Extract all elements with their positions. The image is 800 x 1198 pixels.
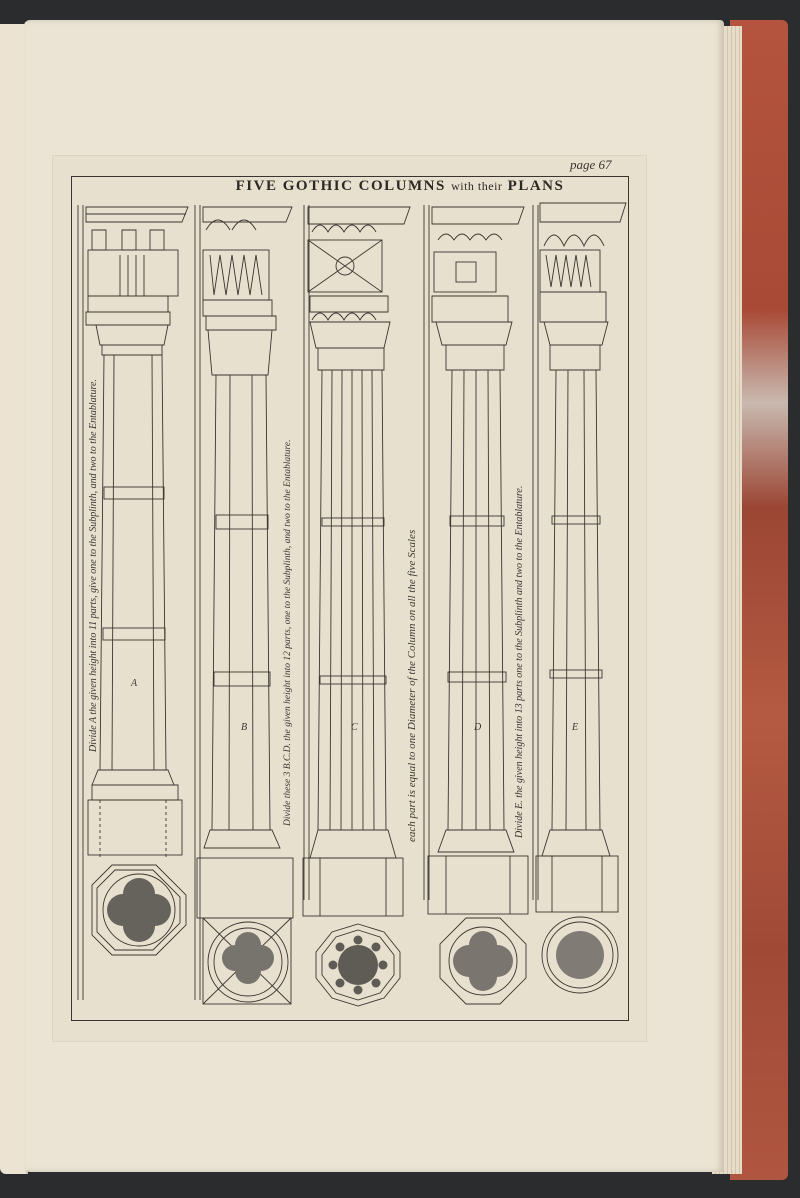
plan-d	[440, 918, 526, 1004]
plan-b	[208, 922, 288, 1002]
instruction-bcd: Divide these 3 B.C.D. the given height i…	[283, 440, 293, 826]
plan-e	[542, 917, 618, 993]
scale-bar-e	[533, 205, 538, 900]
instruction-scales: each part is equal to one Diameter of th…	[406, 530, 418, 842]
column-label-d: D	[474, 722, 481, 733]
scale-bar-d	[424, 205, 429, 900]
column-d	[428, 207, 528, 914]
column-b	[197, 207, 293, 1004]
scale-bar-b	[195, 205, 200, 1000]
column-e	[536, 203, 626, 912]
scale-bar-c	[304, 205, 309, 900]
column-label-e: E	[572, 722, 578, 733]
plan-c	[316, 924, 400, 1006]
scale-bar-a	[78, 205, 83, 1000]
columns-engraving	[0, 0, 800, 1198]
instruction-a: Divide A the given height into 11 parts,…	[88, 379, 99, 752]
column-label-b: B	[241, 722, 247, 733]
column-label-c: C	[351, 722, 358, 733]
plan-a	[92, 865, 186, 955]
column-a	[86, 207, 188, 860]
column-label-a: A	[131, 678, 137, 689]
instruction-e: Divide E. the given height into 13 parts…	[514, 486, 525, 838]
column-c	[303, 207, 410, 916]
